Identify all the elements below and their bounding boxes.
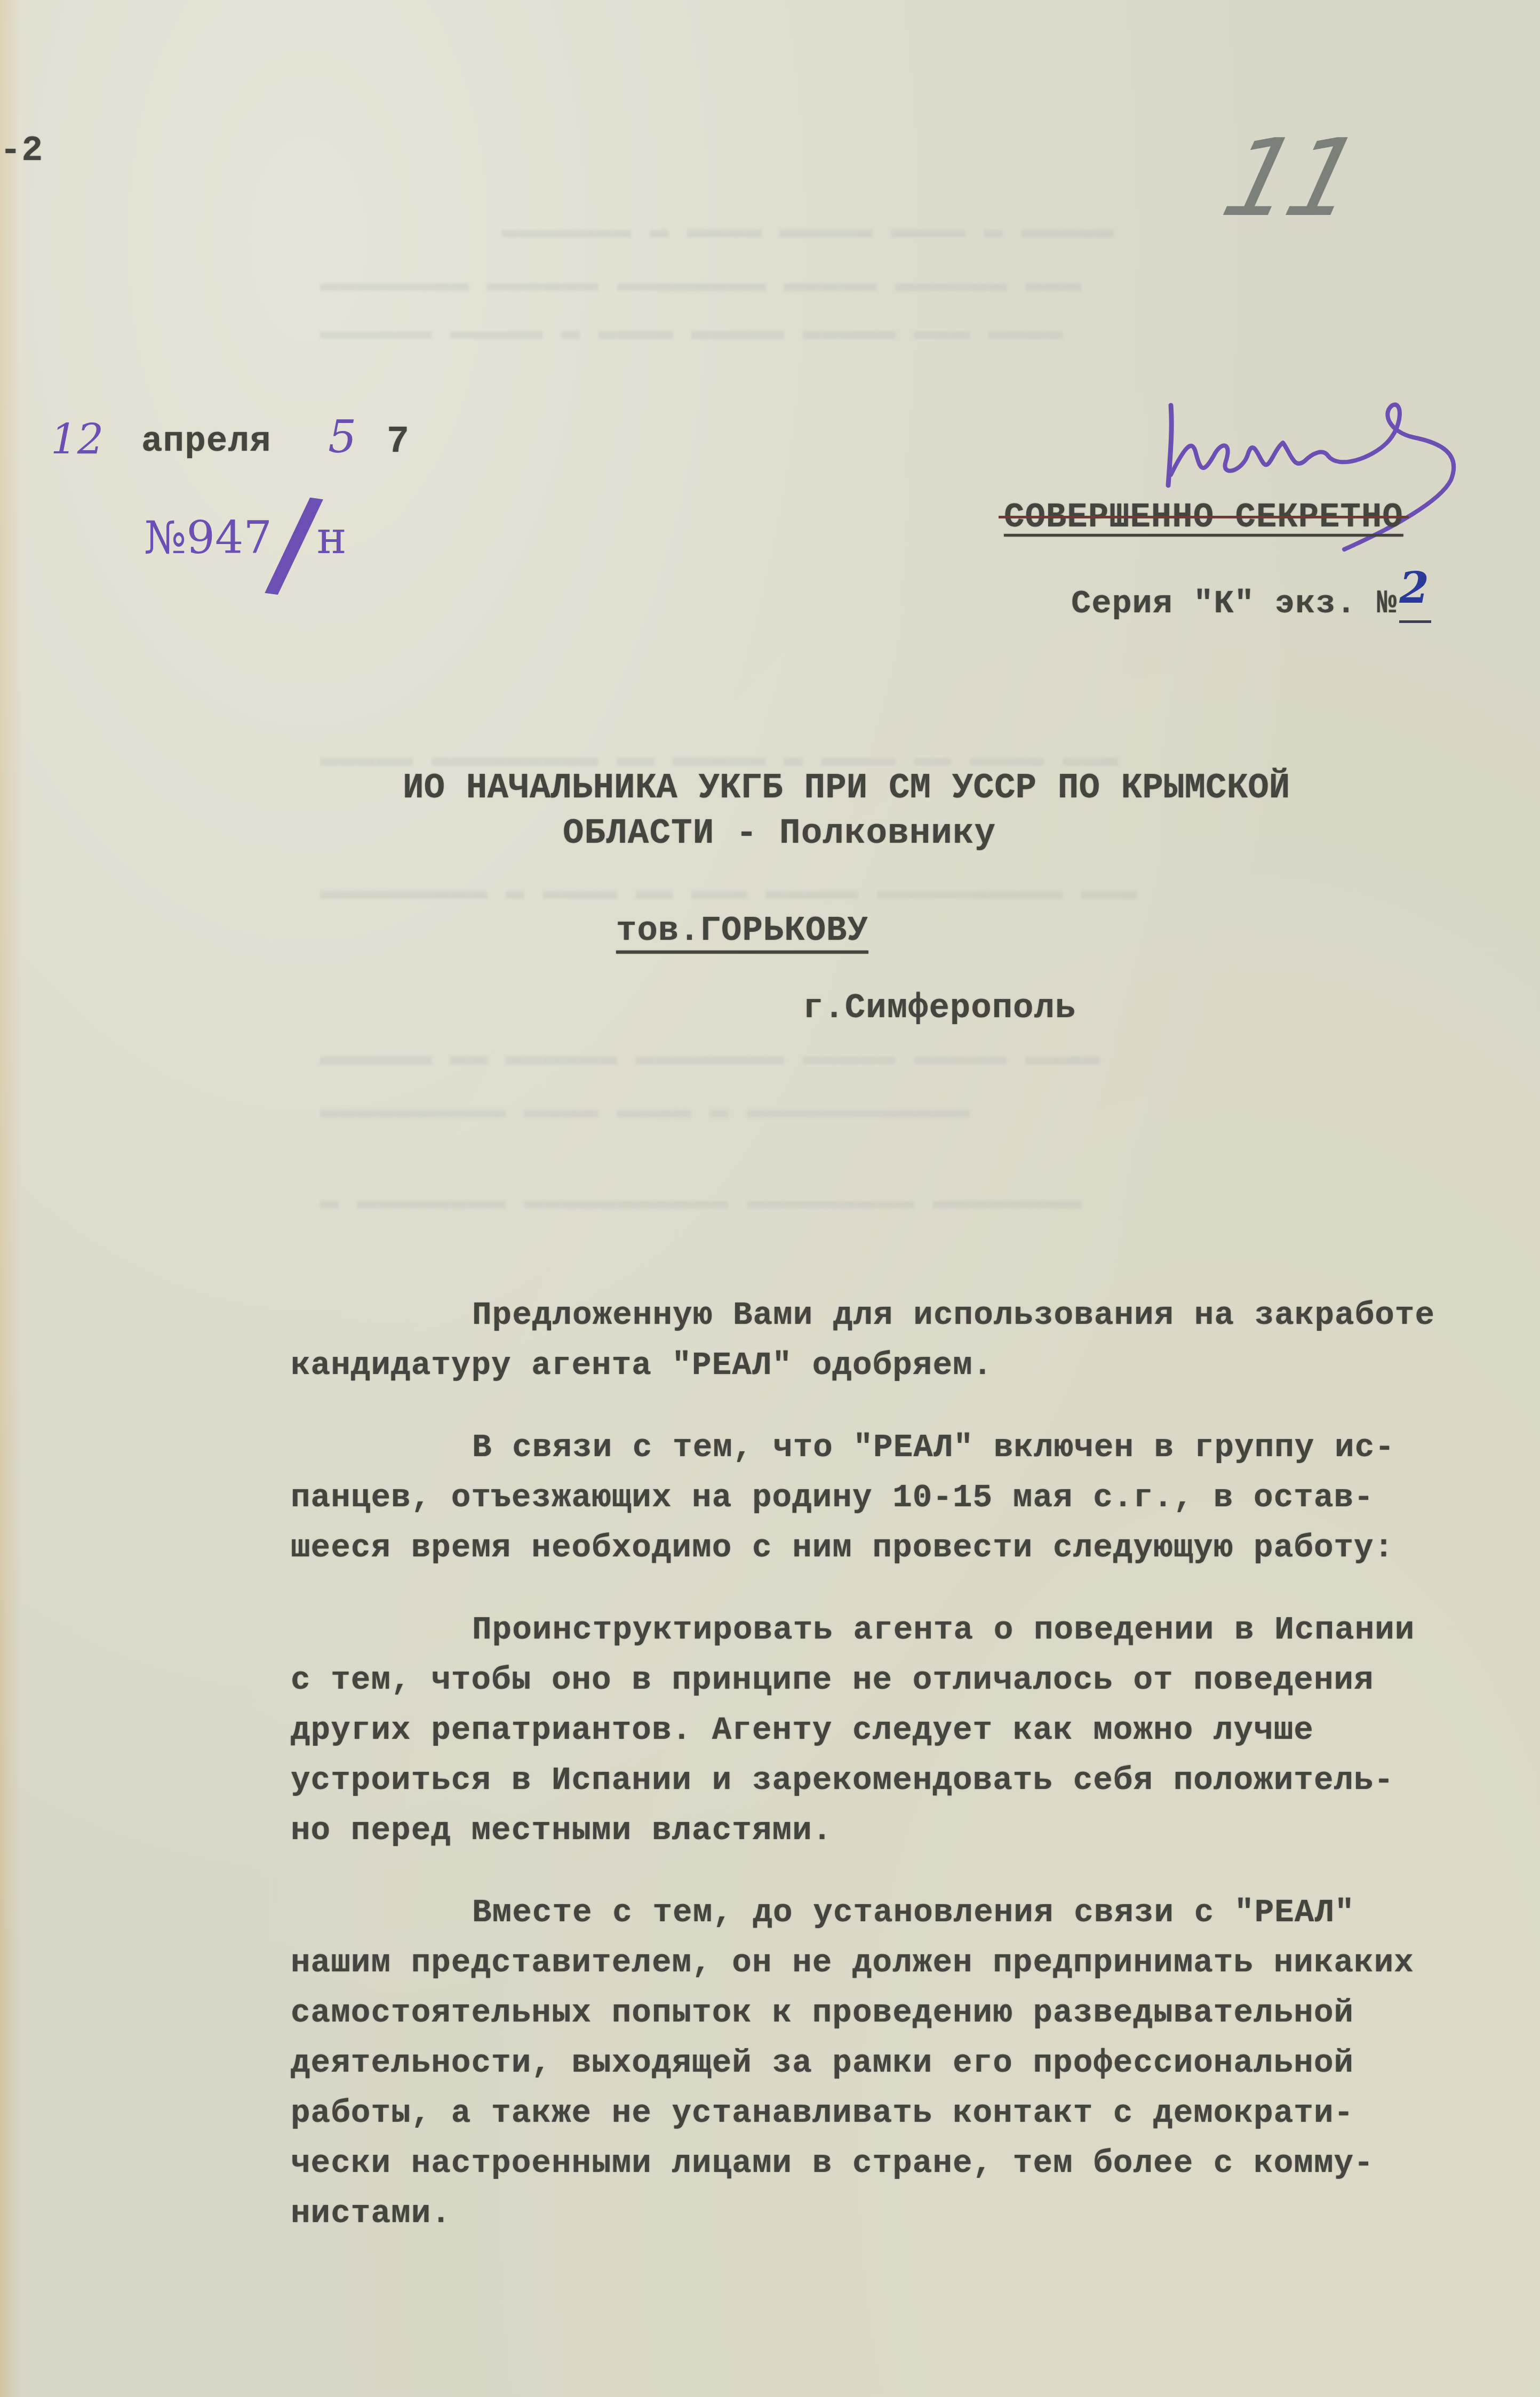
body-line: деятельности, выходящей за рамки его про… [291, 2039, 1540, 2089]
outgoing-document-number: №947/н [144, 480, 347, 564]
body-line: других репатриантов. Агенту следует как … [291, 1706, 1540, 1756]
body-line: Предложенную Вами для использования на з… [291, 1291, 1540, 1341]
bleed-through-text: ▬ ▬▬▬▬▬▬▬▬ ▬▬▬▬▬▬▬▬▬▬▬ ▬▬▬▬▬▬▬▬▬ ▬▬▬▬▬▬▬… [320, 1184, 1081, 1219]
body-line: Проинструктировать агента о поведении в … [291, 1605, 1540, 1656]
date-month: апреля [141, 421, 272, 461]
slash-mark: / [268, 509, 321, 577]
paragraph-instructions: Проинструктировать агента о поведении в … [291, 1605, 1540, 1856]
left-margin-page-number: -2 [0, 131, 43, 171]
strikethrough-line [999, 516, 1409, 518]
date-year-handwritten-digit: 5 [328, 411, 356, 463]
date-day-handwritten: 12 [51, 416, 103, 464]
bleed-through-text: ▬▬▬▬▬▬ ▬▬▬▬▬ ▬ ▬▬▬▬ ▬▬▬▬▬ ▬▬▬▬▬ ▬▬▬ ▬▬▬▬ [320, 315, 1063, 349]
series-label: Серия "К" экз. № [1071, 585, 1397, 622]
bleed-through-text: ▬▬▬▬▬▬▬▬▬ ▬ ▬▬▬▬ ▬▬ ▬▬▬ ▬▬▬▬▬ ▬▬▬▬▬▬▬▬▬▬… [320, 875, 1137, 909]
paragraph-departure: В связи с тем, что "РЕАЛ" включен в груп… [291, 1423, 1540, 1573]
body-line: шееся время необходимо с ним провести сл… [291, 1523, 1540, 1573]
addressee-city: г.Симферополь [803, 989, 1076, 1028]
bleed-through-text: ▬▬▬▬▬▬▬▬▬▬ ▬▬▬▬ ▬▬▬▬ ▬ ▬▬▬▬▬▬▬▬▬▬▬▬ [320, 1093, 970, 1128]
body-line: нистами. [291, 2189, 1540, 2239]
addressee-line-1: ИО НАЧАЛЬНИКА УКГБ ПРИ СМ УССР ПО КРЫМСК… [403, 768, 1290, 808]
body-line: работы, а также не устанавливать контакт… [291, 2089, 1540, 2139]
pencil-folio-number: 11 [1214, 125, 1365, 232]
bleed-through-text: ▬▬▬▬▬▬▬ ▬ ▬▬▬▬ ▬▬▬▬▬ ▬▬▬▬ ▬ ▬▬▬▬▬ [501, 213, 1114, 248]
body-line: нашим представителем, он не должен предп… [291, 1938, 1540, 1988]
body-line: чески настроенными лицами в стране, тем … [291, 2139, 1540, 2189]
doc-number-prefix: № [144, 512, 187, 564]
body-line: самостоятельных попыток к проведению раз… [291, 1988, 1540, 2039]
body-line: кандидатуру агента "РЕАЛ" одобряем. [291, 1341, 1540, 1391]
doc-number-suffix: н [317, 512, 347, 564]
doc-number-value: 947 [187, 512, 272, 564]
bleed-through-text: ▬▬▬▬▬▬ ▬▬ ▬▬▬▬▬▬ ▬▬▬▬▬▬▬▬ ▬▬▬▬▬ ▬▬▬▬▬ ▬▬… [320, 1040, 1100, 1075]
date-year-typed-digit: 7 [387, 421, 410, 464]
body-line: Вместе с тем, до установления связи с "Р… [291, 1888, 1540, 1938]
copy-number-field: 2 [1399, 576, 1431, 623]
body-line: панцев, отъезжающих на родину 10-15 мая … [291, 1473, 1540, 1523]
paragraph-approval: Предложенную Вами для использования на з… [291, 1291, 1540, 1391]
bleed-through-text: ▬▬▬▬▬▬▬▬ ▬▬▬▬▬▬ ▬▬▬▬▬▬▬▬ ▬▬▬▬▬ ▬▬▬▬▬▬ ▬▬… [320, 267, 1081, 301]
letter-body: Предложенную Вами для использования на з… [291, 1291, 1540, 2239]
classification-struck-through: СОВЕРШЕННО СЕКРЕТНО [1004, 499, 1403, 537]
signature-icon [1163, 368, 1483, 581]
addressee-name: тов.ГОРЬКОВУ [616, 912, 879, 950]
copy-number-handwritten: 2 [1399, 563, 1430, 613]
body-line: В связи с тем, что "РЕАЛ" включен в груп… [291, 1423, 1540, 1473]
body-line: но перед местными властями. [291, 1806, 1540, 1856]
body-line: с тем, чтобы оно в принципе не отличалос… [291, 1656, 1540, 1706]
series-copy-line: Серия "К" экз. №2 [1071, 576, 1431, 623]
paragraph-restrictions: Вместе с тем, до установления связи с "Р… [291, 1888, 1540, 2239]
addressee-line-2: ОБЛАСТИ - Полковнику [563, 813, 996, 853]
body-line: устроиться в Испании и зарекомендовать с… [291, 1756, 1540, 1806]
